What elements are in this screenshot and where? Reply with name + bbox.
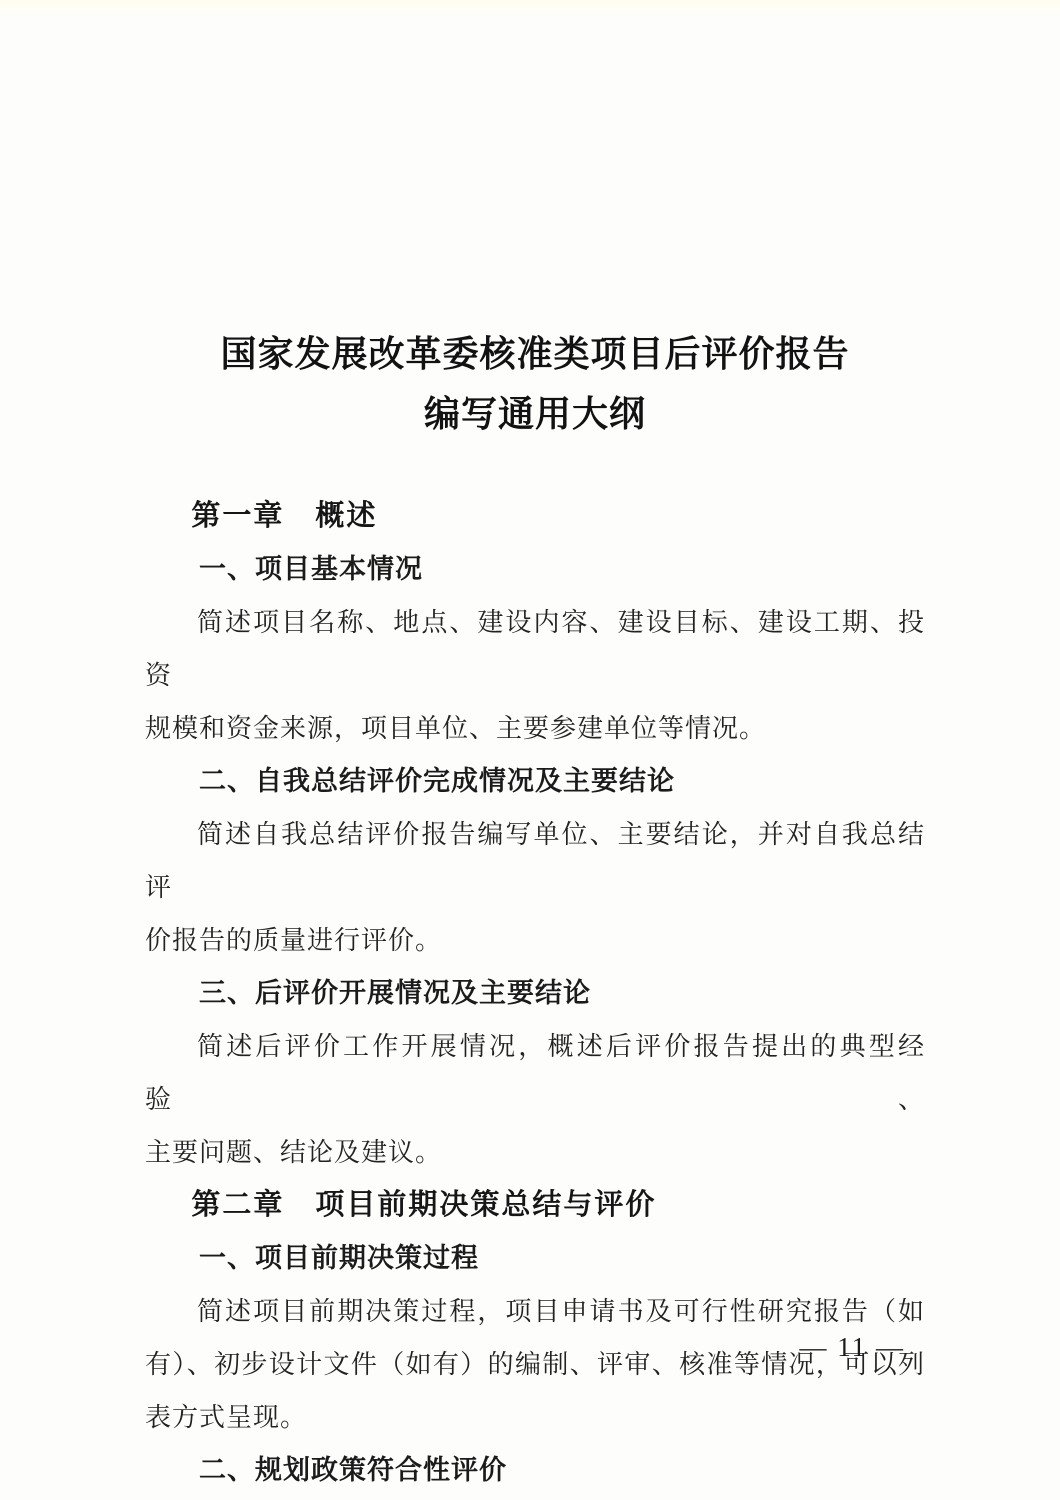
paragraph-line: 简述项目名称、地点、建设内容、建设目标、建设工期、投资 [145,596,925,702]
paragraph-line: 价报告的质量进行评价。 [145,914,925,967]
section-heading: 一、项目前期决策过程 [145,1232,925,1285]
paragraph-line: 表方式呈现。 [145,1391,925,1444]
chapter-heading: 第二章 项目前期决策总结与评价 [145,1179,925,1232]
paragraph-line: 简述后评价工作开展情况，概述后评价报告提出的典型经验、 [145,1020,925,1126]
paragraph-line: 简述自我总结评价报告编写单位、主要结论，并对自我总结评 [145,808,925,914]
chapter-heading: 第一章 概述 [145,490,925,543]
paragraph-line: 简述项目前期决策过程，项目申请书及可行性研究报告（如 [145,1285,925,1338]
section-heading: 二、规划政策符合性评价 [145,1444,925,1497]
document-title-line1: 国家发展改革委核准类项目后评价报告 [145,330,925,378]
document-body: 国家发展改革委核准类项目后评价报告 编写通用大纲 第一章 概述 一、项目基本情况… [145,0,925,1497]
section-heading: 一、项目基本情况 [145,543,925,596]
section-heading: 三、后评价开展情况及主要结论 [145,967,925,1020]
page-number: — 11 — [800,1332,906,1363]
document-page: 国家发展改革委核准类项目后评价报告 编写通用大纲 第一章 概述 一、项目基本情况… [0,0,1060,1500]
paragraph-line: 规模和资金来源，项目单位、主要参建单位等情况。 [145,702,925,755]
paragraph-line: 主要问题、结论及建议。 [145,1126,925,1179]
section-heading: 二、自我总结评价完成情况及主要结论 [145,755,925,808]
document-title-line2: 编写通用大纲 [145,390,925,438]
